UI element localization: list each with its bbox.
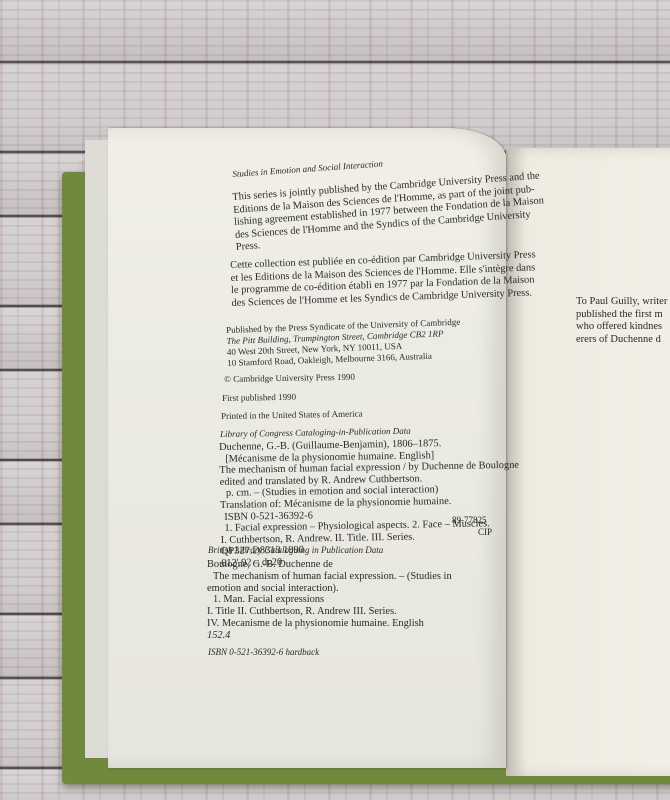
text-line: Boulogne, G.-B. Duchenne de	[207, 559, 452, 571]
text-line: The mechanism of human facial expression…	[207, 571, 452, 583]
printed-in: Printed in the United States of America	[221, 408, 363, 423]
right-page	[506, 148, 670, 776]
text-line: published the first m	[576, 309, 667, 322]
french-paragraph: Cette collection est publiée en co-éditi…	[230, 249, 537, 310]
bl-heading: British Library Cataloguing in Publicati…	[208, 544, 383, 557]
isbn-hardback: ISBN 0-521-36392-6 hardback	[208, 646, 319, 659]
text-line: erers of Duchenne d	[576, 334, 667, 347]
dedication: To Paul Guilly, writer published the fir…	[576, 296, 667, 346]
first-published: First published 1990	[222, 391, 296, 405]
loc-cip: CIP	[478, 526, 492, 539]
publisher-block: Published by the Press Syndicate of the …	[226, 317, 462, 369]
text-line: 1. Man. Facial expressions	[207, 594, 452, 606]
loc-number: 89-77825	[452, 514, 487, 527]
text-line: IV. Mecanisme de la physionomie humaine.…	[207, 618, 452, 630]
text-line: who offered kindnes	[576, 321, 667, 334]
text-line: emotion and social interaction).	[207, 583, 452, 595]
text-line: 152.4	[207, 630, 452, 642]
bl-cip-block: Boulogne, G.-B. Duchenne de The mechanis…	[207, 559, 452, 642]
copyright-line: © Cambridge University Press 1990	[224, 371, 355, 386]
text-line: I. Title II. Cuthbertson, R. Andrew III.…	[207, 606, 452, 618]
text-line: To Paul Guilly, writer	[576, 296, 667, 309]
